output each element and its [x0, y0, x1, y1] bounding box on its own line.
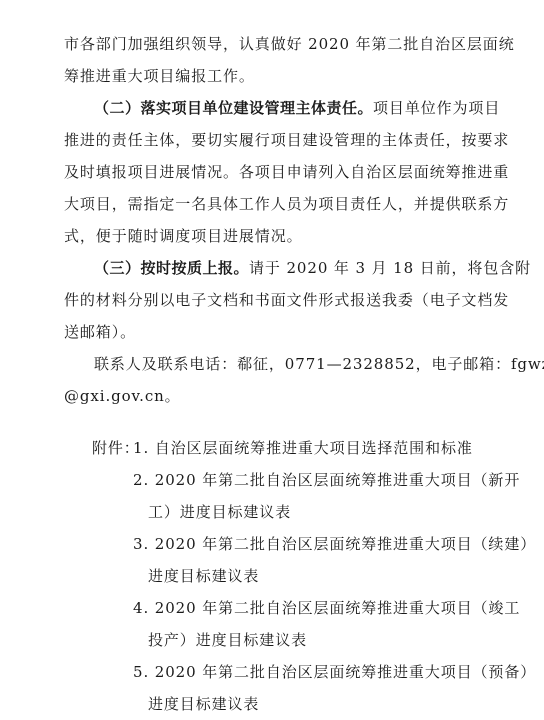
attachment-item-1: 1. 自治区层面统筹推进重大项目选择范围和标准: [133, 432, 495, 464]
section-2-line-5: 式，便于随时调度项目进展情况。: [64, 220, 494, 252]
section-2-line-2: 推进的责任主体，要切实履行项目建设管理的主体责任，按要求: [64, 124, 494, 156]
section-3-text-start: 请于 2020 年 3 月 18 日前，将包含附: [249, 259, 531, 277]
contact-line-1: 联系人及联系电话：郗征，0771—2328852，电子邮箱：fgwzdc: [94, 348, 494, 380]
section-2-first-line: （二）落实项目单位建设管理主体责任。项目单位作为项目: [94, 92, 494, 124]
section-3-line-2: 件的材料分别以电子文档和书面文件形式报送我委（电子文档发: [64, 284, 494, 316]
section-3-first-line: （三）按时按质上报。请于 2020 年 3 月 18 日前，将包含附: [94, 252, 494, 284]
section-3-line-3: 送邮箱）。: [64, 316, 494, 348]
section-2-heading: （二）落实项目单位建设管理主体责任。: [94, 99, 373, 117]
attachment-item-4: 4. 2020 年第二批自治区层面统筹推进重大项目（竣工: [133, 592, 495, 624]
attachment-item-2: 2. 2020 年第二批自治区层面统筹推进重大项目（新开: [133, 464, 495, 496]
intro-line-1: 市各部门加强组织领导，认真做好 2020 年第二批自治区层面统: [64, 28, 494, 60]
attachment-item-2-cont: 工）进度目标建议表: [148, 496, 494, 528]
attachment-item-3-cont: 进度目标建议表: [148, 560, 494, 592]
intro-line-2: 筹推进重大项目编报工作。: [64, 60, 494, 92]
section-2-text-start: 项目单位作为项目: [373, 99, 500, 117]
contact-line-2: @gxi.gov.cn。: [64, 380, 494, 412]
attachment-item-5: 5. 2020 年第二批自治区层面统筹推进重大项目（预备）: [133, 656, 495, 688]
attachment-item-4-cont: 投产）进度目标建议表: [148, 624, 494, 656]
section-2-line-4: 大项目，需指定一名具体工作人员为项目责任人，并提供联系方: [64, 188, 494, 220]
section-2-line-3: 及时填报项目进展情况。各项目申请列入自治区层面统筹推进重: [64, 156, 494, 188]
attachment-item-5-cont: 进度目标建议表: [148, 688, 494, 720]
section-3-heading: （三）按时按质上报。: [94, 259, 249, 277]
attachment-item-3: 3. 2020 年第二批自治区层面统筹推进重大项目（续建）: [133, 528, 495, 560]
document-page: 市各部门加强组织领导，认真做好 2020 年第二批自治区层面统 筹推进重大项目编…: [0, 0, 544, 720]
